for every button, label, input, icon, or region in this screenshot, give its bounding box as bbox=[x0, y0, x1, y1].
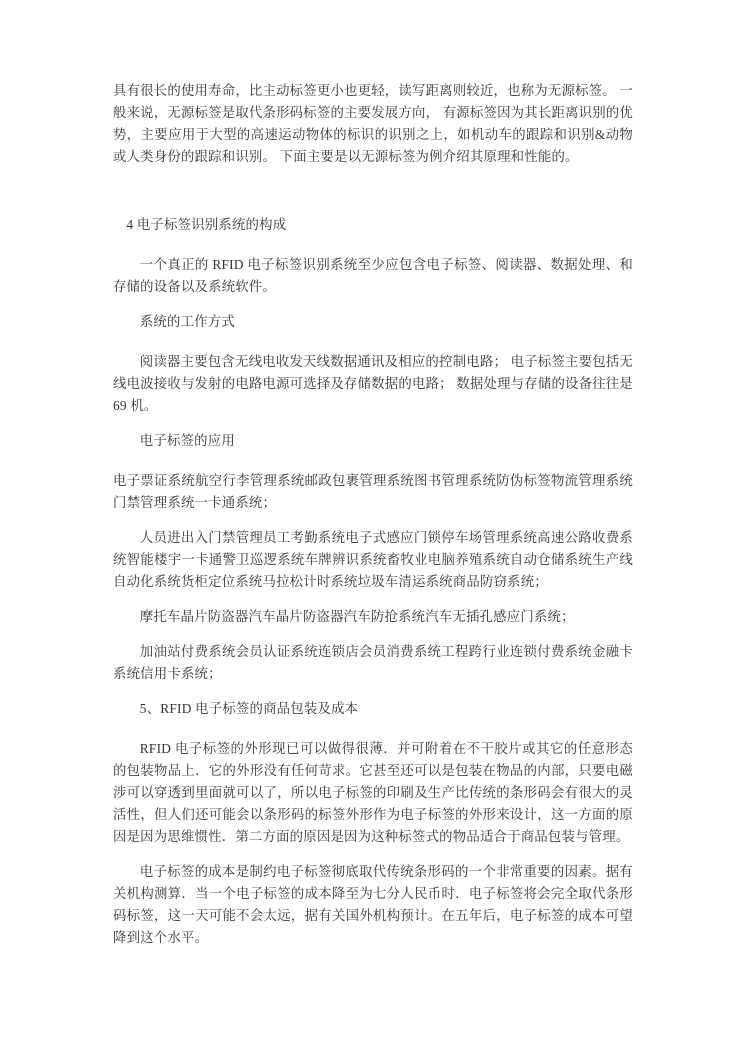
paragraph-applications-payment-systems: 加油站付费系统会员认证系统连锁店会员消费系统工程跨行业连锁付费系统金融卡系统信用… bbox=[113, 641, 633, 685]
heading-section-4-system-composition: 4 电子标签识别系统的构成 bbox=[113, 214, 633, 236]
paragraph-passive-tag-intro: 具有很长的使用寿命，比主动标签更小也更轻，读写距离则较近，也称为无源标签。 一般… bbox=[113, 80, 633, 168]
paragraph-applications-ticketing-logistics: 电子票证系统航空行李管理系统邮政包裹管理系统图书管理系统防伪标签物流管理系统门禁… bbox=[113, 470, 633, 514]
heading-tag-applications: 电子标签的应用 bbox=[113, 430, 633, 452]
paragraph-applications-access-control: 人员进出入门禁管理员工考勤系统电子式感应门锁停车场管理系统高速公路收费系统智能楼… bbox=[113, 527, 633, 593]
paragraph-applications-vehicle-antitheft: 摩托车晶片防盗器汽车晶片防盗器汽车防抢系统汽车无插孔感应门系统； bbox=[113, 606, 633, 628]
document-page: 具有很长的使用寿命，比主动标签更小也更轻，读写距离则较近，也称为无源标签。 一般… bbox=[0, 0, 744, 1052]
paragraph-reader-and-tag-description: 阅读器主要包含无线电收发天线数据通讯及相应的控制电路； 电子标签主要包括无线电波… bbox=[113, 351, 633, 417]
heading-section-5-packaging-and-cost: 5、RFID 电子标签的商品包装及成本 bbox=[113, 698, 633, 720]
document-content: 具有很长的使用寿命，比主动标签更小也更轻，读写距离则较近，也称为无源标签。 一般… bbox=[113, 80, 633, 962]
paragraph-rfid-system-components: 一个真正的 RFID 电子标签识别系统至少应包含电子标签、阅读器、数据处理、和存… bbox=[113, 254, 633, 298]
paragraph-tag-cost-forecast: 电子标签的成本是制约电子标签彻底取代传统条形码的一个非常重要的因素。据有关机构测… bbox=[113, 861, 633, 949]
paragraph-tag-packaging-flexibility: RFID 电子标签的外形现已可以做得很薄．并可附着在不干胶片或其它的任意形态的包… bbox=[113, 738, 633, 848]
heading-system-working-mode: 系统的工作方式 bbox=[113, 311, 633, 333]
